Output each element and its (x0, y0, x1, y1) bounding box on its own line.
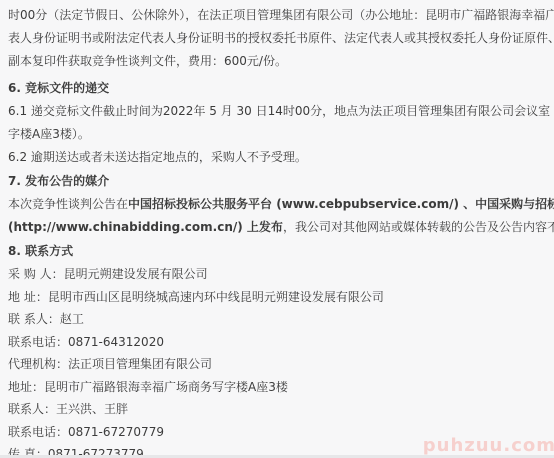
contact-label: 采 购 人： (8, 267, 64, 281)
site-watermark: puhzuu.com (423, 435, 554, 456)
contact-row-purchaser-phone: 联系电话：0871-64312020 (8, 331, 554, 354)
publish-media-text: 本次竞争性谈判公告在 (8, 197, 128, 211)
contact-row-purchaser-person: 联 系人：赵工 (8, 308, 554, 331)
clause-6-1-line-1: 6.1 递交竞标文件截止时间为2022年 5 月 30 日14时00分，地点为法… (8, 100, 554, 123)
intro-paragraph-line-2: 表人身份证明书或附法定代表人身份证明书的授权委托书原件、法定代表人或其授权委托人… (8, 27, 554, 50)
intro-paragraph-line-1: 时00分（法定节假日、公休除外），在法正项目管理集团有限公司（办公地址：昆明市广… (8, 4, 554, 27)
section-7-heading: 7. 发布公告的媒介 (8, 170, 554, 193)
contact-row-agency-address: 地址：昆明市广福路银海幸福广场商务写字楼A座3楼 (8, 376, 554, 399)
contact-value: 法正项目管理集团有限公司 (68, 357, 212, 371)
contact-label: 联系电话： (8, 335, 68, 349)
contact-label: 联 系人： (8, 312, 60, 326)
contact-label: 地 址： (8, 290, 48, 304)
contact-row-agency-person: 联系人：王兴洪、王胖 (8, 398, 554, 421)
contact-value: 昆明市广福路银海幸福广场商务写字楼A座3楼 (44, 380, 288, 394)
contact-row-agency: 代理机构：法正项目管理集团有限公司 (8, 353, 554, 376)
contact-row-purchaser: 采 购 人：昆明元朔建设发展有限公司 (8, 263, 554, 286)
section-8-heading: 8. 联系方式 (8, 240, 554, 263)
contact-row-purchaser-address: 地 址：昆明市西山区昆明绕城高速内环中线昆明元朔建设发展有限公司 (8, 286, 554, 309)
clause-6-2: 6.2 逾期送达或者未送达指定地点的，采购人不予受理。 (8, 146, 554, 169)
disclaimer-text: ，我公司对其他网站或媒体转载的公告及公告内容不承担任何责任。 (283, 220, 554, 234)
contact-label: 联系人： (8, 402, 56, 416)
contact-value: 赵工 (60, 312, 84, 326)
contact-label: 地址： (8, 380, 44, 394)
announcement-document: 时00分（法定节假日、公休除外），在法正项目管理集团有限公司（办公地址：昆明市广… (0, 0, 554, 458)
clause-6-1-line-2: 字楼A座3楼）。 (8, 123, 554, 146)
contact-label: 代理机构： (8, 357, 68, 371)
intro-paragraph-line-3: 副本复印件获取竞争性谈判文件，费用：600元/份。 (8, 50, 554, 73)
contact-value: 0871-67270779 (68, 425, 164, 439)
chinabidding-url: (http://www.chinabidding.com.cn/) 上发布 (8, 220, 283, 234)
publish-media-line-2: (http://www.chinabidding.com.cn/) 上发布，我公… (8, 216, 554, 239)
contact-value: 0871-64312020 (68, 335, 164, 349)
contact-label: 联系电话： (8, 425, 68, 439)
section-6-heading: 6. 竞标文件的递交 (8, 77, 554, 100)
contact-value: 昆明元朔建设发展有限公司 (64, 267, 208, 281)
service-platform-url: 中国招标投标公共服务平台 (www.cebpubservice.com/) 、中… (128, 197, 554, 211)
contact-value: 昆明市西山区昆明绕城高速内环中线昆明元朔建设发展有限公司 (48, 290, 384, 304)
publish-media-line-1: 本次竞争性谈判公告在中国招标投标公共服务平台 (www.cebpubservic… (8, 193, 554, 216)
contact-value: 王兴洪、王胖 (56, 402, 128, 416)
